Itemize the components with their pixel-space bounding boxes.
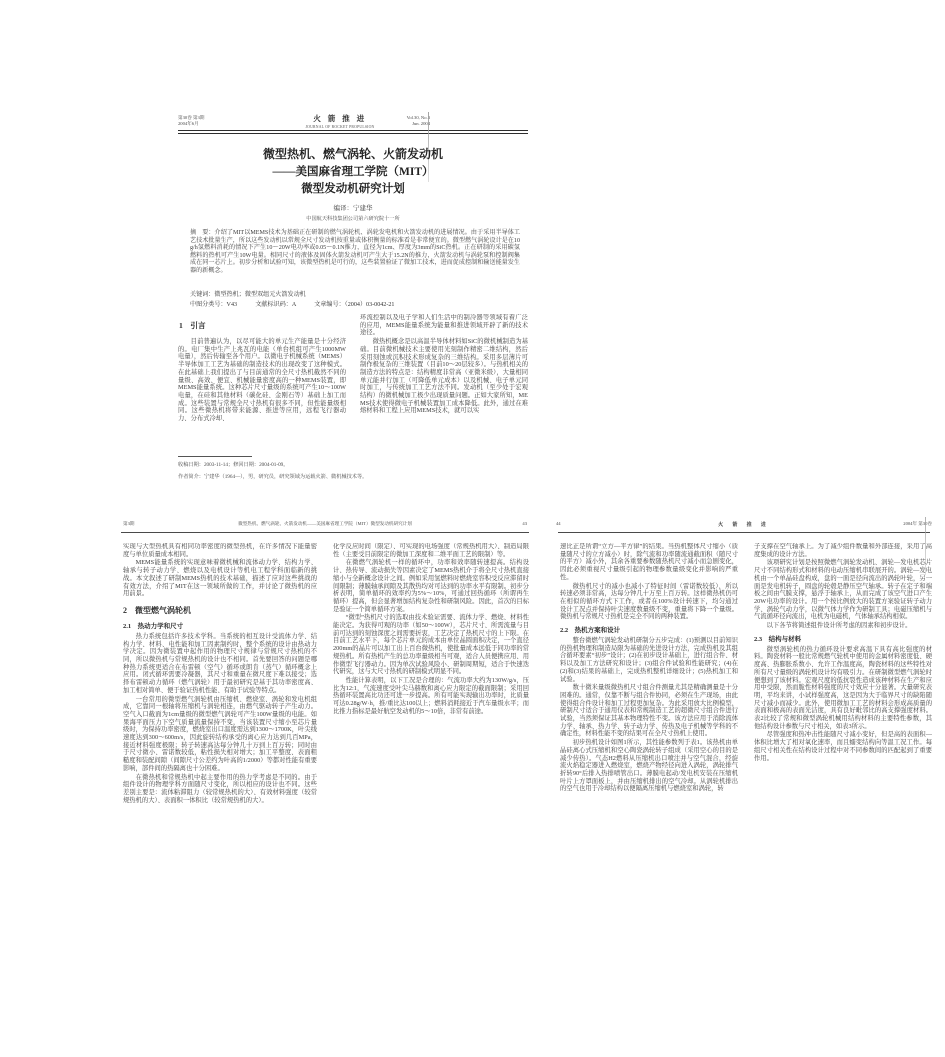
- body-paragraph: 微型涡轮机的热力循环设计要求高温下具有高比强度的材料。陶瓷材料一般比常规燃气轮机…: [754, 646, 932, 731]
- running-header-issue: 第3期: [123, 521, 135, 527]
- body-paragraph: 在微燃气涡轮机一样的循环中，功率和效率随转速提高。结构设计、热传导、流动损失等因…: [333, 559, 529, 613]
- journal-volume-issue-en: Vol.30, No.3 Jun. 2004: [407, 115, 430, 127]
- journal-volume-issue-cn: 第30卷 第3期 2004年6月: [178, 115, 204, 127]
- page42-right-column: 环流控制以及电子学和人们生活中的制冷器等领域有着广泛的应用，MEMS能量系统为能…: [360, 314, 528, 454]
- section-heading-2: 2 微型燃气涡轮机: [123, 605, 317, 616]
- body-paragraph: 子支撑在空气轴承上。为了减少组件数量和外部连接，采用了高度集成的设计方法。: [754, 543, 932, 558]
- running-header: 第3期 微型热机、燃气涡轮、火箭发动机——美国麻省理工学院（MIT）微型发动机研…: [115, 521, 535, 531]
- article-title-line1: 微型热机、燃气涡轮、火箭发动机: [183, 145, 523, 164]
- scanned-page-44: 44 火 箭 推 进 2004年 第30卷 速比正是所谓“立方—平方律”的结果。…: [548, 517, 940, 883]
- body-paragraph: 在微热机和常规热机中起主要作用的热力学考虑是不同的。由于组件设计的物理学科方面随…: [123, 774, 317, 805]
- section-heading-intro: 1 引言: [179, 320, 346, 331]
- body-paragraph: 尽管强度和热冲击性能随尺寸减小变好，但是高的表面积—体积比增大了相对氧化速率，而…: [754, 731, 932, 762]
- body-paragraph: 微热机概念是以高温半导体材料如SiC的微机械制造为基础。目前微机械技术主要使用光…: [360, 338, 528, 415]
- body-paragraph: 整台微燃气涡轮发动机研制分五步完成：(1)预测以目前知识的热机物理和制造局限为基…: [560, 637, 738, 683]
- body-paragraph: 热力系统包括许多技术学科。当系统的相互设计受流体力学、结构力学、材料、电性能和加…: [123, 633, 317, 695]
- footnote-author-bio: 作者简介：宁建华（1964—），男，研究员，研究领域为运载火箭、微机械技术等。: [178, 473, 367, 480]
- subsection-heading-2-3: 2.3 结构与材料: [754, 634, 932, 643]
- body-paragraph: “微型”热机尺寸的选取由技术验证需要、流体力学、燃烧、材料性能决定。为获得可观的…: [333, 614, 529, 676]
- footnote-rule: [178, 456, 252, 457]
- page44-left-column: 速比正是所谓“立方—平方律”的结果。当热机整体尺寸缩小（质量随尺寸的立方减小）时…: [560, 543, 738, 867]
- article-title-line2: ——美国麻省理工学院（MIT）: [183, 164, 523, 181]
- body-paragraph: 目前普遍认为，以尽可能大的单元生产能量是十分经济的。电厂集中生产上兆瓦的电能（单…: [178, 338, 346, 423]
- body-paragraph: 该项研究计划是按照微燃气涡轮发动机、涡轮—发电机芯片尺寸不同结构形式和材料的电动…: [754, 559, 932, 621]
- byline: 编译：宁建华: [183, 203, 523, 212]
- page-number: 44: [556, 521, 561, 526]
- scanned-page-43: 第3期 微型热机、燃气涡轮、火箭发动机——美国麻省理工学院（MIT）微型发动机研…: [115, 517, 535, 883]
- running-header-volume: 2004年 第30卷: [903, 521, 932, 527]
- body-paragraph: 速比正是所谓“立方—平方律”的结果。当热机整体尺寸缩小（质量随尺寸的立方减小）时…: [560, 543, 738, 582]
- body-paragraph: 实现与大型热机具有相同功率密度的微型热机，在许多情况下能量密度与单位质量成本相同…: [123, 543, 317, 558]
- body-paragraph: 数十微米量级微热机尺寸组合件测量尤其是精确测量是十分困难的。通常，仅靠不断与组合…: [560, 684, 738, 738]
- date-en: Jun. 2004: [407, 121, 430, 127]
- article-title-block: 微型热机、燃气涡轮、火箭发动机 ——美国麻省理工学院（MIT） 微型发动机研究计…: [183, 145, 523, 222]
- journal-masthead: 火 箭 推 进 JOURNAL OF ROCKET PROPULSION: [306, 113, 375, 129]
- keywords: 关键词：微型热机；微型双组元火箭发动机: [190, 289, 306, 298]
- running-header-rule: [558, 532, 930, 533]
- body-paragraph: 化学反应时间（限定）、可实现的电场强度（常规热机用大）、制造局限性（主要受目前限…: [333, 543, 529, 558]
- page-number: 43: [522, 521, 527, 526]
- scanned-page-42: 第30卷 第3期 2004年6月 火 箭 推 进 JOURNAL OF ROCK…: [170, 112, 536, 480]
- page42-left-column: 1 引言 目前普遍认为，以尽可能大的单元生产能量是十分经济的。电厂集中生产上兆瓦…: [178, 318, 346, 452]
- running-header: 44 火 箭 推 进 2004年 第30卷: [548, 521, 940, 531]
- running-header-rule: [121, 532, 529, 533]
- body-paragraph: 以下各节将简述组件设计所考虑的因素和初步设计。: [754, 622, 932, 630]
- body-paragraph: 性能计算表明，以下工况是合理的：气流功率大约为130W/g/s，压比为12:1，…: [333, 677, 529, 716]
- scanned-document-viewer: 第30卷 第3期 2004年6月 火 箭 推 进 JOURNAL OF ROCK…: [0, 0, 945, 1057]
- masthead-double-rule: [178, 130, 528, 134]
- running-header-title: 微型热机、燃气涡轮、火箭发动机——美国麻省理工学院（MIT）微型发动机研究计划: [238, 521, 412, 527]
- journal-title-en: JOURNAL OF ROCKET PROPULSION: [306, 125, 375, 129]
- body-paragraph: 初步热机设计如图1所示，其性能参数列于表1。该热机由单晶硅离心式压缩机和空心陶瓷…: [560, 739, 738, 793]
- classification-line: 中图分类号：V43 文献标识码：A 文章编号：（2004）03-0042-21: [190, 299, 394, 308]
- running-header-journal: 火 箭 推 进: [718, 521, 770, 528]
- journal-title-cn: 火 箭 推 进: [306, 113, 375, 124]
- page44-right-column: 子支撑在空气轴承上。为了减少组件数量和外部连接，采用了高度集成的设计方法。 该项…: [754, 543, 932, 855]
- footnote-received-date: 收稿日期：2003-11-14；修回日期：2004-01-09。: [178, 461, 288, 468]
- body-paragraph: MEMS能量系统的实现意味着微机械和流体动力学、结构力学、轴承与转子动力学、燃烧…: [123, 559, 317, 598]
- affiliation: 中国航天科技集团公司第六研究院十一所: [183, 215, 523, 222]
- body-paragraph: 一台常用的微型燃气涡轮机由压缩机、燃烧室、涡轮和发电机组成，它靠同一根轴将压缩机…: [123, 696, 317, 773]
- body-paragraph: 微热机尺寸的减小也减小了特征时间（雷诺数较低），所以转速必须非常高，达每分钟几十…: [560, 583, 738, 622]
- page43-right-column: 化学反应时间（限定）、可实现的电场强度（常规热机用大）、制造局限性（主要受目前限…: [333, 543, 529, 879]
- body-paragraph: 环流控制以及电子学和人们生活中的制冷器等领域有着广泛的应用，MEMS能量系统为能…: [360, 314, 528, 337]
- subsection-heading-2-1: 2.1 热动力学和尺寸: [123, 621, 317, 630]
- date-cn: 2004年6月: [178, 121, 204, 127]
- page43-left-column: 实现与大型热机具有相同功率密度的微型热机，在许多情况下能量密度与单位质量成本相同…: [123, 543, 317, 879]
- subsection-heading-2-2: 2.2 热机方案和设计: [560, 625, 738, 634]
- abstract: 摘 要：介绍了MIT以MEMS技术为基础正在研制的燃气涡轮机、涡轮发电机和火箭发…: [190, 230, 520, 275]
- article-title-line3: 微型发动机研究计划: [183, 181, 523, 197]
